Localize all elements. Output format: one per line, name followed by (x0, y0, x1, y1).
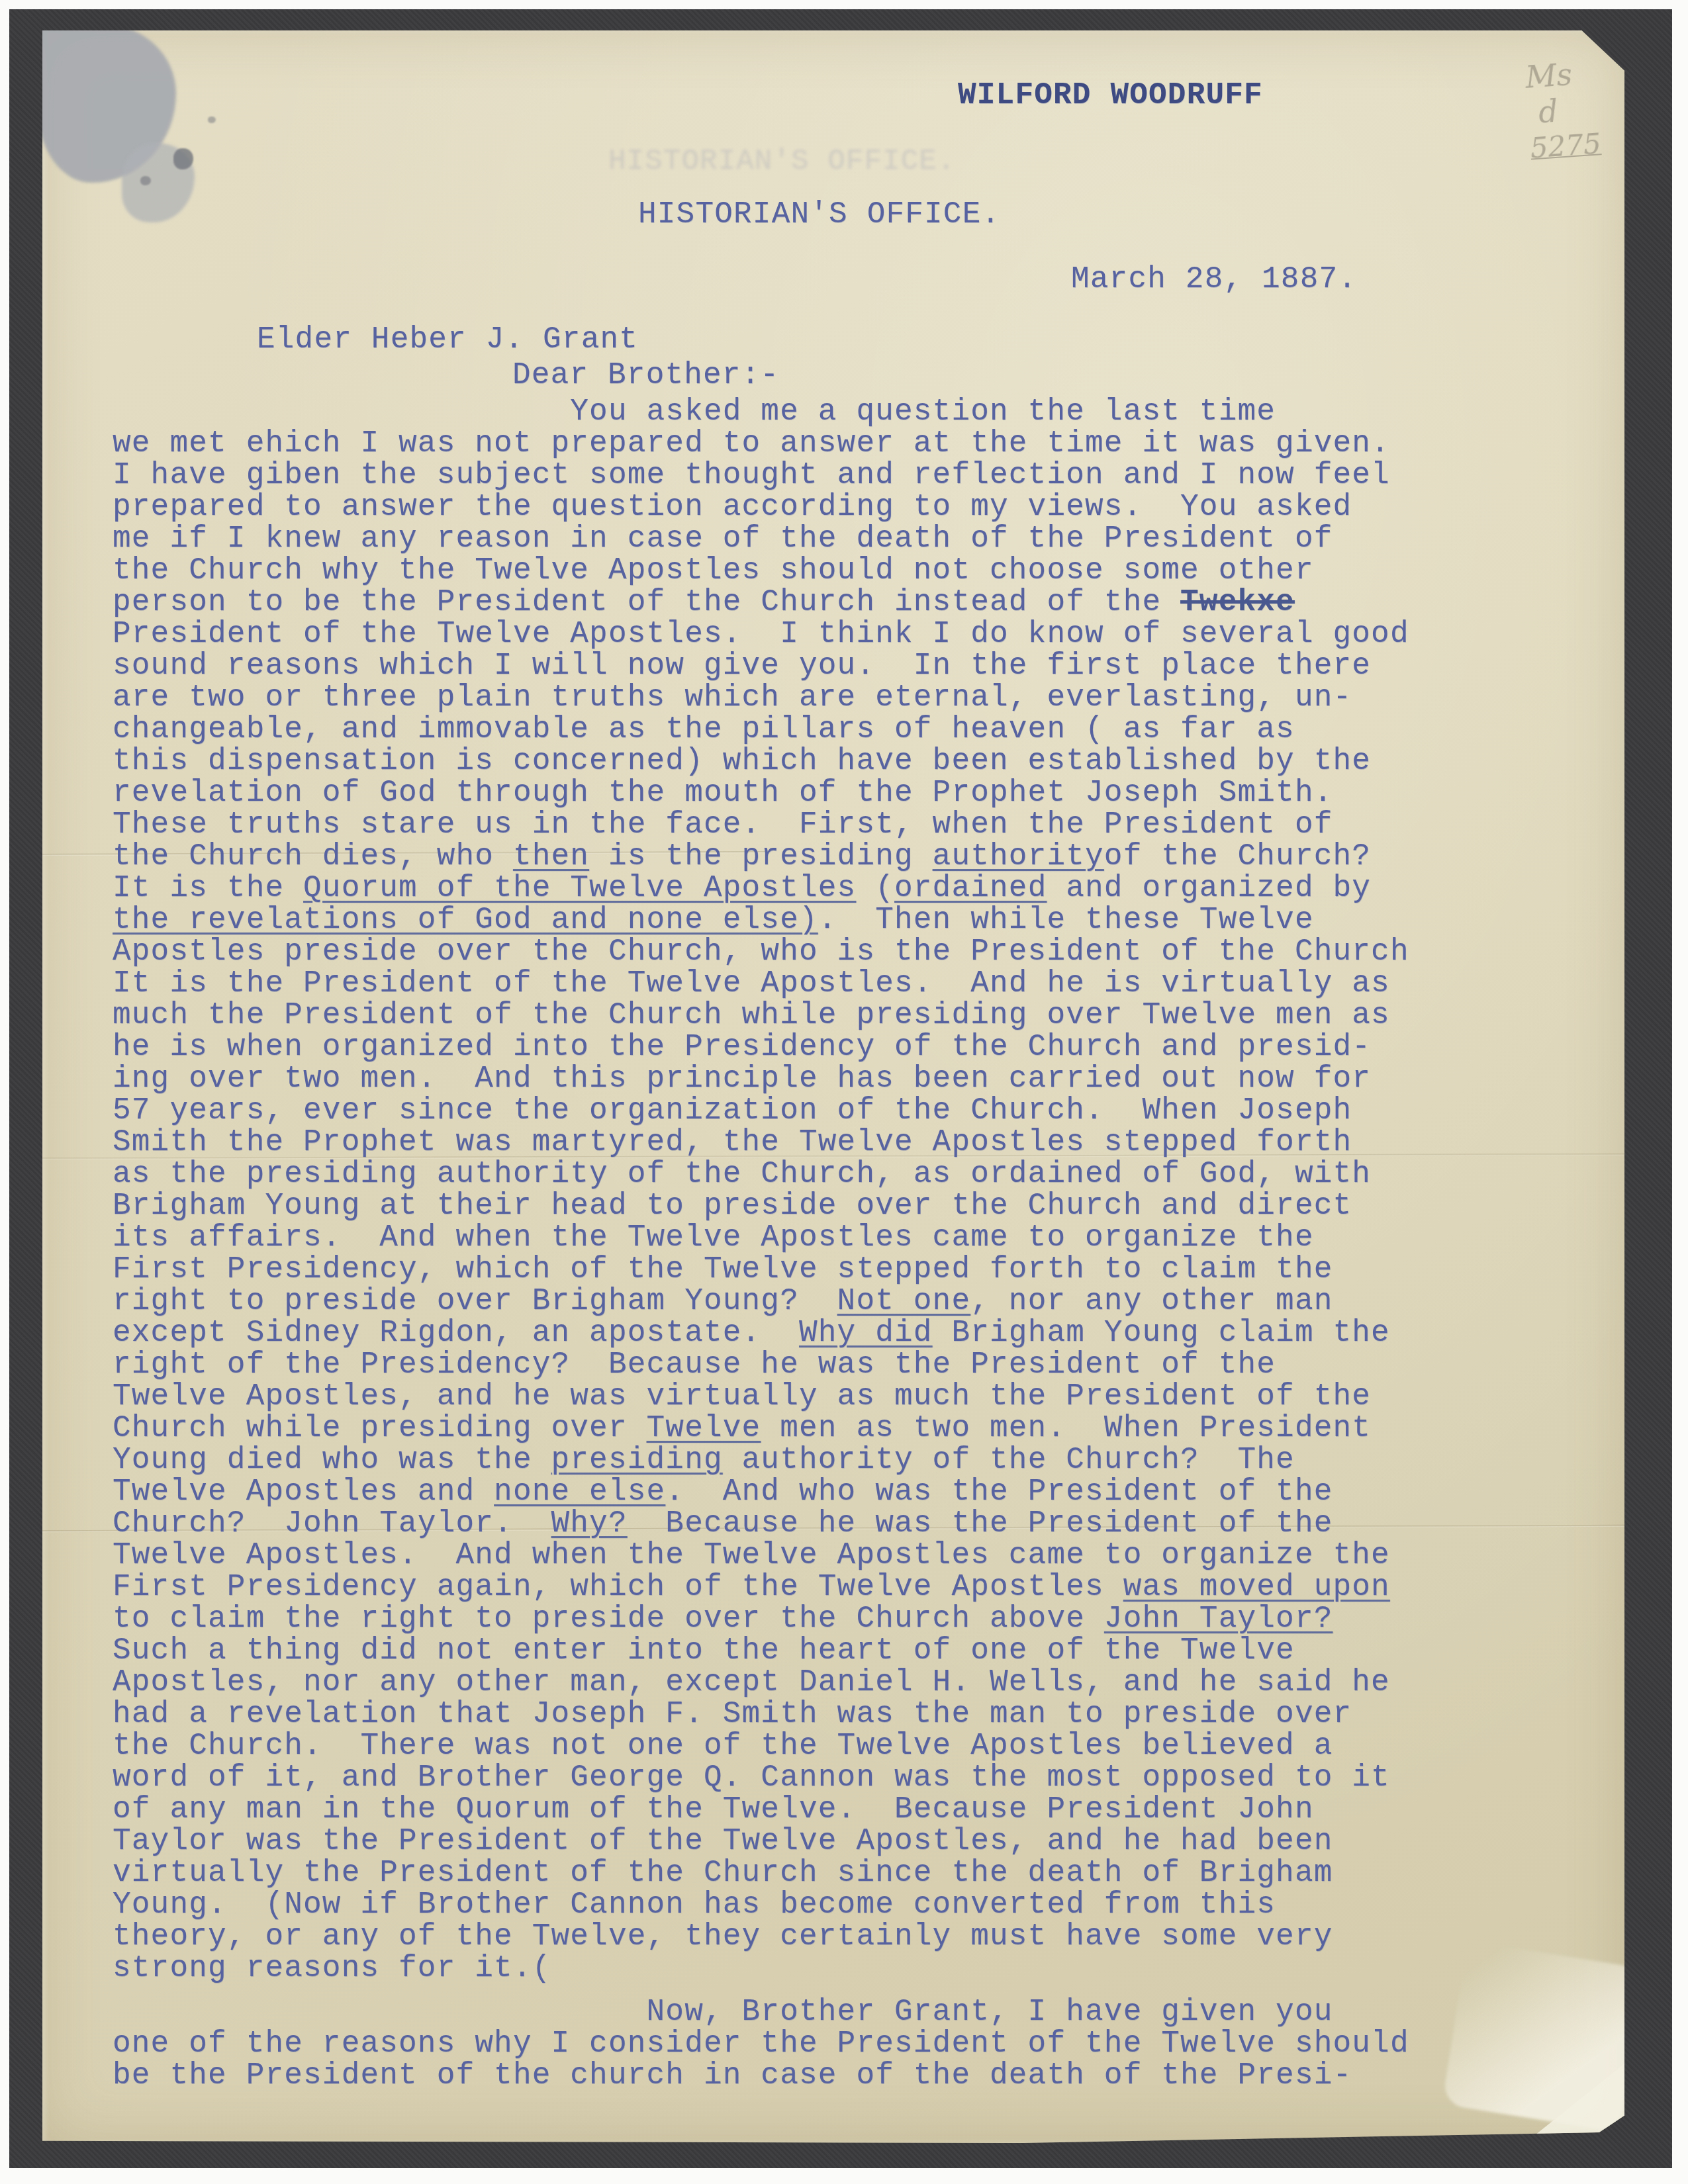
recipient-line: Elder Heber J. Grant (257, 322, 638, 357)
pencil-note-line: Ms (1524, 54, 1597, 95)
body-line: the Church why the Twelve Apostles shoul… (113, 555, 1409, 586)
body-line: he is when organized into the Presidency… (113, 1031, 1409, 1063)
body-line: These truths stare us in the face. First… (113, 809, 1409, 841)
body-line: be the President of the church in case o… (113, 2060, 1409, 2091)
body-line: Smith the Prophet was martyred, the Twel… (113, 1126, 1409, 1158)
body-line: sound reasons which I will now give you.… (113, 650, 1409, 682)
body-line: word of it, and Brother George Q. Cannon… (113, 1762, 1409, 1794)
body-line: ing over two men. And this principle has… (113, 1063, 1409, 1095)
body-line: Young. (Now if Brother Cannon has become… (113, 1889, 1409, 1921)
body-line: Twelve Apostles and none else. And who w… (113, 1476, 1409, 1508)
body-line: revelation of God through the mouth of t… (113, 777, 1409, 809)
body-line: Church while presiding over Twelve men a… (113, 1412, 1409, 1444)
pencil-note-line: 5275 (1529, 126, 1602, 166)
office-heading: HISTORIAN'S OFFICE. (638, 197, 1000, 232)
body-line: the Church. There was not one of the Twe… (113, 1730, 1409, 1762)
body-line: First Presidency, which of the Twelve st… (113, 1253, 1409, 1285)
body-line: It is the Quorum of the Twelve Apostles … (113, 872, 1409, 904)
body-line: 57 years, ever since the organization of… (113, 1095, 1409, 1126)
body-line: strong reasons for it.( (113, 1952, 1409, 1984)
body-line: me if I knew any reason in case of the d… (113, 523, 1409, 555)
body-line: had a revelation that Joseph F. Smith wa… (113, 1698, 1409, 1730)
body-line: to claim the right to preside over the C… (113, 1603, 1409, 1635)
letter-page: WILFORD WOODRUFF HISTORIAN'S OFFICE. HIS… (42, 30, 1624, 2143)
body-line: prepared to answer the question accordin… (113, 491, 1409, 523)
body-line: Twelve Apostles, and he was virtually as… (113, 1381, 1409, 1412)
body-line: this dispensation is concerned) which ha… (113, 745, 1409, 777)
pencil-annotation: Ms d 5275 (1524, 54, 1602, 166)
body-line: Apostles, nor any other man, except Dani… (113, 1666, 1409, 1698)
ink-speck (208, 116, 216, 123)
date-line: March 28, 1887. (1071, 262, 1357, 296)
body-line: I have giben the subject some thought an… (113, 459, 1409, 491)
body-line: changeable, and immovable as the pillars… (113, 713, 1409, 745)
body-line: are two or three plain truths which are … (113, 682, 1409, 713)
body-line: as the presiding authority of the Church… (113, 1158, 1409, 1190)
letter-body: You asked me a question the last timewe … (113, 396, 1409, 2091)
body-line: we met ehich I was not prepared to answe… (113, 428, 1409, 459)
body-line: theory, or any of the Twelve, they certa… (113, 1921, 1409, 1952)
body-line: right of the Presidency? Because he was … (113, 1349, 1409, 1381)
body-line: its affairs. And when the Twelve Apostle… (113, 1222, 1409, 1253)
body-line: the revelations of God and none else). T… (113, 904, 1409, 936)
body-line: First Presidency again, which of the Twe… (113, 1571, 1409, 1603)
body-line: Church? John Taylor. Why? Because he was… (113, 1508, 1409, 1539)
body-line: the Church dies, who then is the presidi… (113, 841, 1409, 872)
body-line: much the President of the Church while p… (113, 999, 1409, 1031)
body-line: You asked me a question the last time (113, 396, 1409, 428)
body-line: Twelve Apostles. And when the Twelve Apo… (113, 1539, 1409, 1571)
body-line: Young died who was the presiding authori… (113, 1444, 1409, 1476)
body-line: Apostles preside over the Church, who is… (113, 936, 1409, 968)
sender-stamp: WILFORD WOODRUFF (958, 78, 1263, 113)
body-line: virtually the President of the Church si… (113, 1857, 1409, 1889)
body-line: Taylor was the President of the Twelve A… (113, 1825, 1409, 1857)
body-line: except Sidney Rigdon, an apostate. Why d… (113, 1317, 1409, 1349)
body-line: right to preside over Brigham Young? Not… (113, 1285, 1409, 1317)
body-line: Such a thing did not enter into the hear… (113, 1635, 1409, 1666)
body-line: person to be the President of the Church… (113, 586, 1409, 618)
body-line: President of the Twelve Apostles. I thin… (113, 618, 1409, 650)
body-line: one of the reasons why I consider the Pr… (113, 2028, 1409, 2060)
body-line: Brigham Young at their head to preside o… (113, 1190, 1409, 1222)
pencil-note-line: d (1537, 90, 1599, 130)
body-line: It is the President of the Twelve Apostl… (113, 968, 1409, 999)
ghost-impression: HISTORIAN'S OFFICE. (608, 144, 955, 179)
body-line: Now, Brother Grant, I have given you (113, 1996, 1409, 2028)
body-line: of any man in the Quorum of the Twelve. … (113, 1794, 1409, 1825)
salutation-line: Dear Brother:- (512, 358, 779, 392)
